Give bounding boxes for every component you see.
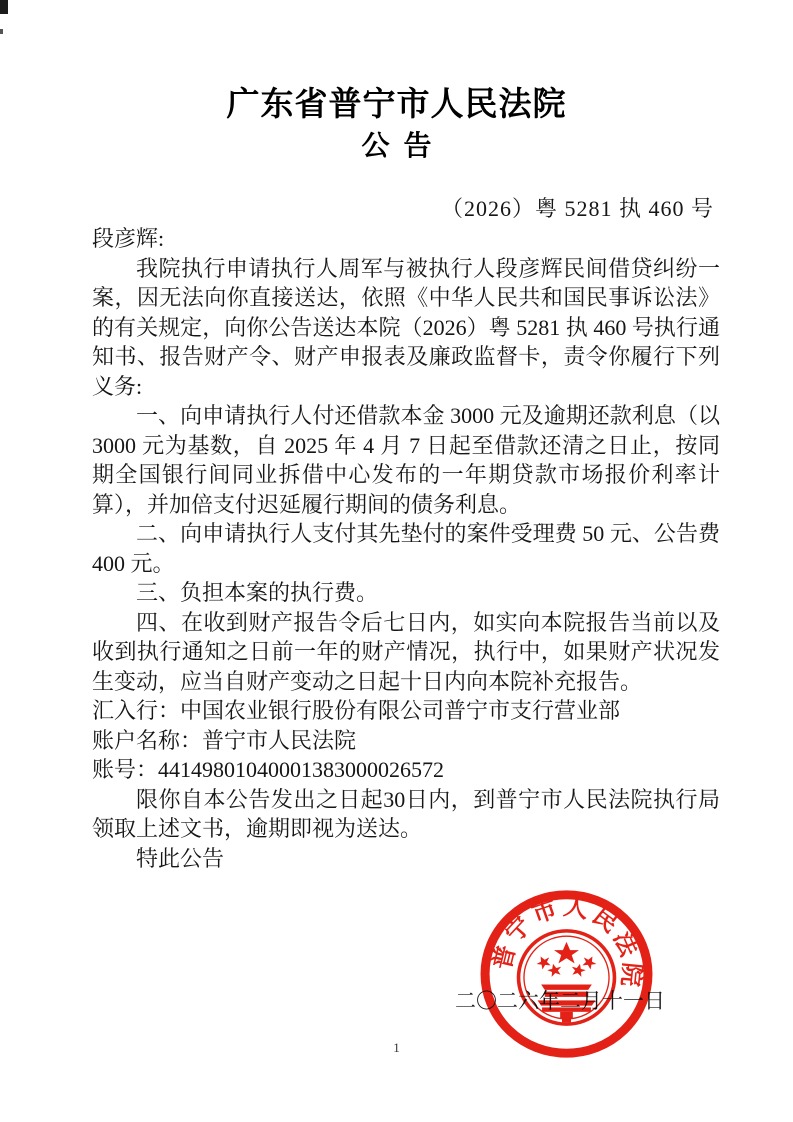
obligation-item-1: 一、向申请执行人付还借款本金 3000 元及逾期还款利息（以 3000 元为基数… <box>92 401 720 519</box>
remit-bank-line: 汇入行：中国农业银行股份有限公司普宁市支行营业部 <box>92 696 720 726</box>
account-number-line: 账号：44149801040001383000026572 <box>92 755 720 785</box>
court-seal: 普宁市人民法院 <box>476 886 657 1062</box>
declaration: 特此公告 <box>92 844 720 874</box>
page-number: 1 <box>0 1040 793 1056</box>
national-emblem-icon <box>519 931 615 1024</box>
intro-paragraph: 我院执行申请执行人周军与被执行人段彦辉民间借贷纠纷一案，因无法向你直接送达，依照… <box>92 254 720 402</box>
announcement-page: 广东省普宁市人民法院 公 告 （2026）粤 5281 执 460 号 段彦辉:… <box>0 0 793 1122</box>
obligation-item-4: 四、在收到财产报告令后七日内，如实向本院报告当前以及收到执行通知之日前一年的财产… <box>92 608 720 697</box>
court-name-heading: 广东省普宁市人民法院 <box>0 78 793 125</box>
obligation-item-2: 二、向申请执行人支付其先垫付的案件受理费 50 元、公告费 400 元。 <box>92 519 720 578</box>
obligation-item-3: 三、负担本案的执行费。 <box>92 578 720 608</box>
scan-artifact <box>0 29 3 34</box>
announcement-title: 公 告 <box>0 124 793 164</box>
addressee: 段彦辉: <box>92 224 720 254</box>
announcement-body: 段彦辉: 我院执行申请执行人周军与被执行人段彦辉民间借贷纠纷一案，因无法向你直接… <box>92 224 720 873</box>
scan-artifact <box>0 0 8 14</box>
case-number: （2026）粤 5281 执 460 号 <box>441 192 714 223</box>
account-name-line: 账户名称：普宁市人民法院 <box>92 726 720 756</box>
closing-paragraph: 限你自本公告发出之日起30日内，到普宁市人民法院执行局领取上述文书，逾期即视为送… <box>92 785 720 844</box>
